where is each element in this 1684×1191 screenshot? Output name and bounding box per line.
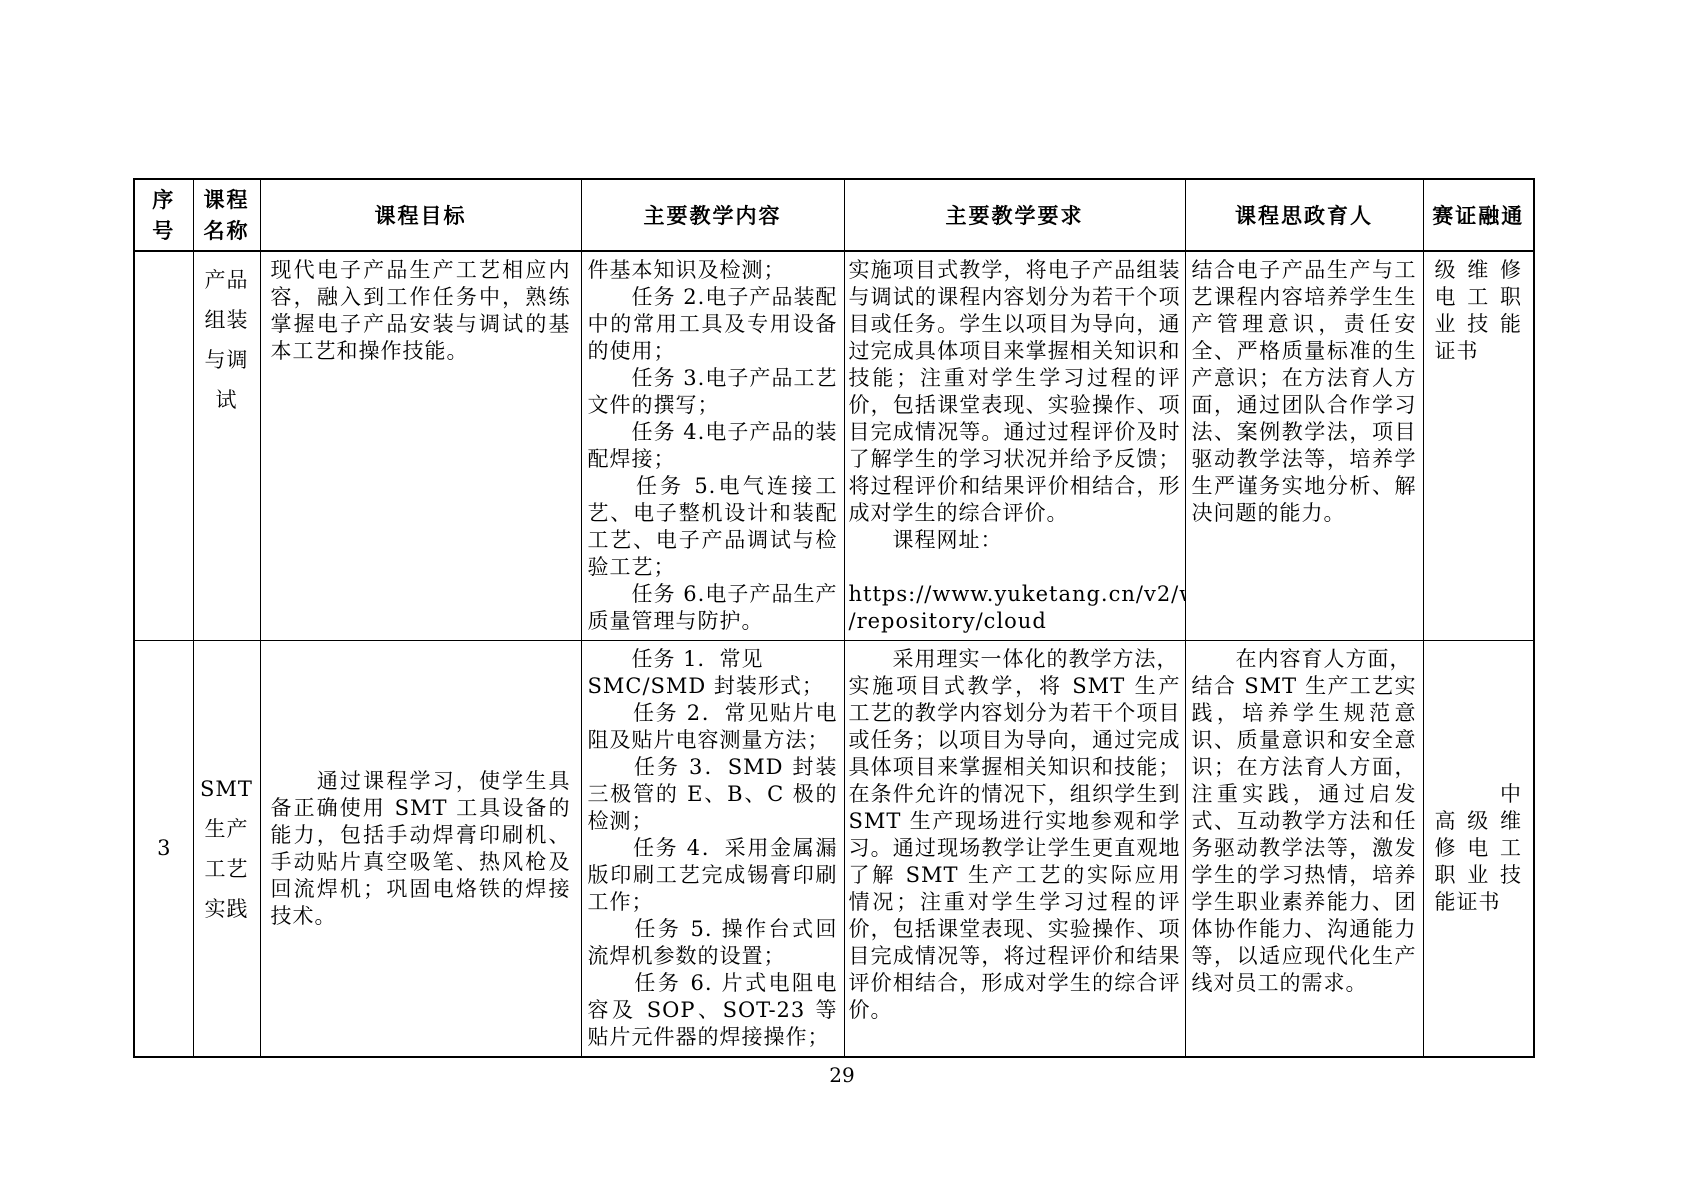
header-ideology-education: 课程思政育人 (1185, 179, 1423, 251)
cell-teaching-content: 件基本知识及检测； 任务 2.电子产品装配中的常用工具及专用设备的使用； 任务 … (581, 251, 844, 641)
cell-course-name: SMT 生产 工艺 实践 (193, 641, 260, 1058)
header-teaching-content: 主要教学内容 (581, 179, 844, 251)
cell-course-goal: 通过课程学习，使学生具备正确使用 SMT 工具设备的能力，包括手动焊膏印刷机、手… (260, 641, 581, 1058)
cell-course-goal: 现代电子产品生产工艺相应内容，融入到工作任务中，熟练掌握电子产品安装与调试的基本… (260, 251, 581, 641)
cell-seq: 3 (134, 641, 193, 1058)
cell-ideology-education: 结合电子产品生产与工艺课程内容培养学生生产管理意识，责任安全、严格质量标准的生产… (1185, 251, 1423, 641)
cell-teaching-requirement: 采用理实一体化的教学方法， 实施项目式教学，将 SMT 生产工艺的教学内容划分为… (844, 641, 1185, 1058)
cell-teaching-content: 任务 1．常见 SMC/SMD 封装形式； 任务 2．常见贴片电阻及贴片电容测量… (581, 641, 844, 1058)
page-number: 29 (0, 1063, 1684, 1087)
header-row: 序 号 课程 名称 课程目标 主要教学内容 主要教学要求 课程思政育人 赛证融通 (134, 179, 1534, 251)
header-certificate-integration: 赛证融通 (1423, 179, 1534, 251)
course-table: 序 号 课程 名称 课程目标 主要教学内容 主要教学要求 课程思政育人 赛证融通… (133, 178, 1535, 1058)
header-course-goal: 课程目标 (260, 179, 581, 251)
cell-certificate: 中高级维修电工职业技能证书 (1423, 641, 1534, 1058)
table-row-smt-practice: 3 SMT 生产 工艺 实践 通过课程学习，使学生具备正确使用 SMT 工具设备… (134, 641, 1534, 1058)
header-course-name: 课程 名称 (193, 179, 260, 251)
header-seq: 序 号 (134, 179, 193, 251)
header-teaching-requirement: 主要教学要求 (844, 179, 1185, 251)
cell-course-name: 产品 组装 与调 试 (193, 251, 260, 641)
cell-ideology-education: 在内容育人方面， 结合 SMT 生产工艺实践，培养学生规范意识、质量意识和安全意… (1185, 641, 1423, 1058)
cell-seq (134, 251, 193, 641)
cell-teaching-requirement: 实施项目式教学，将电子产品组装与调试的课程内容划分为若干个项目或任务。学生以项目… (844, 251, 1185, 641)
cell-certificate: 级维修电工职业技能证书 (1423, 251, 1534, 641)
document-page: 序 号 课程 名称 课程目标 主要教学内容 主要教学要求 课程思政育人 赛证融通… (0, 0, 1684, 1191)
table-row-product-assembly: 产品 组装 与调 试 现代电子产品生产工艺相应内容，融入到工作任务中，熟练掌握电… (134, 251, 1534, 641)
